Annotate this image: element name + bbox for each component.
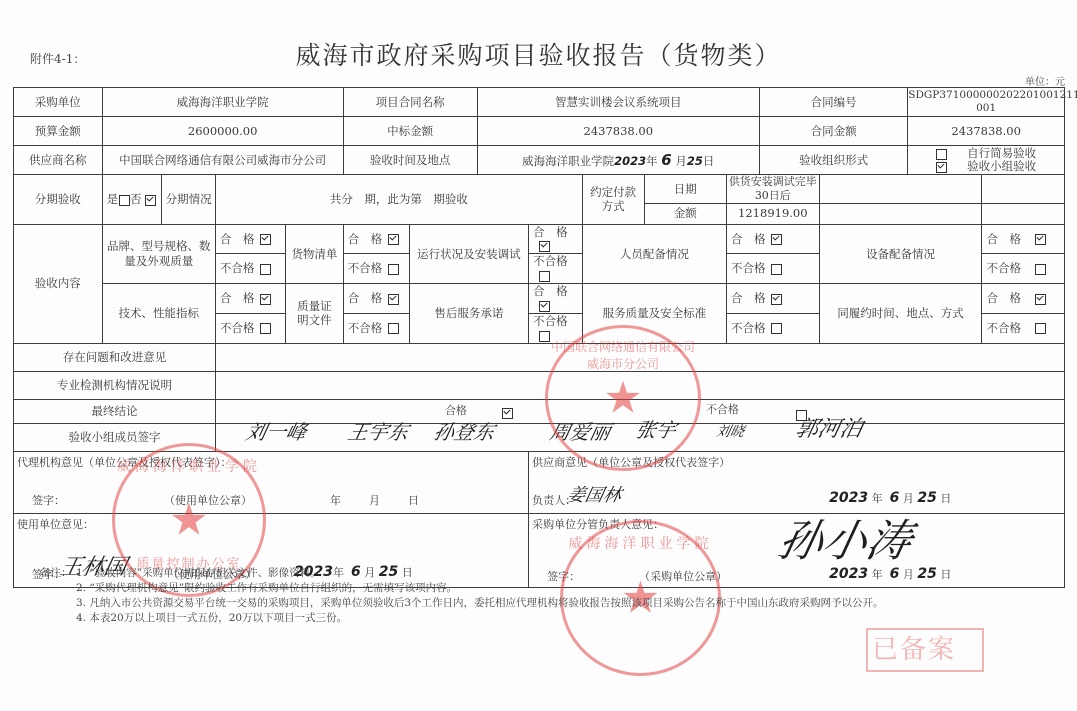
member-signature-0: 刘一峰: [243, 420, 308, 445]
year-char: 年: [646, 154, 658, 168]
payment-amount-value: 1218919.00: [726, 203, 819, 224]
agency-sign-label: 签字：: [32, 494, 65, 508]
time-place-location: 威海海洋职业学院: [522, 154, 614, 168]
payment-extra-2: [982, 175, 1065, 204]
note-item: 2. “采购代理机构意见”限约验收工作有采购单位自行组织的，无需填写该项内容。: [76, 581, 884, 596]
inspection-item-9-fail[interactable]: 不合格: [982, 313, 1065, 343]
member-signature-2: 孙登东: [431, 420, 496, 445]
inspection-item-0-pass[interactable]: 合 格: [215, 224, 285, 254]
day-char: 日: [703, 154, 715, 168]
member-signature-4: 张宇: [633, 418, 678, 443]
inspection-item-3-pass[interactable]: 合 格: [726, 224, 819, 254]
inspection-item-4-fail[interactable]: 不合格: [982, 254, 1065, 284]
leader-opinion-label: 采购单位分管负责人意见：: [532, 518, 664, 532]
checkbox-checked[interactable]: [936, 162, 947, 173]
org-form-option-team[interactable]: 验收小组验收: [908, 160, 1064, 173]
inspection-item-6-pass[interactable]: 合 格: [343, 284, 409, 314]
inspection-item-1: 货物清单: [286, 224, 344, 284]
inspection-item-4-pass[interactable]: 合 格: [982, 224, 1065, 254]
month-char: 月: [675, 154, 687, 168]
agency-opinion-label: 代理机构意见（单位公章及授权代表签字）：: [17, 456, 232, 470]
payment-extra-4: [982, 203, 1065, 224]
inspection-item-4: 设备配备情况: [819, 224, 982, 284]
notes-label: 备注：: [40, 566, 72, 581]
inspection-item-5-fail[interactable]: 不合格: [215, 313, 285, 343]
installment-no-checkbox[interactable]: [145, 195, 156, 206]
contract-amount-label: 合同金额: [759, 117, 907, 146]
inspection-item-3: 人员配备情况: [582, 224, 726, 284]
bid-amount-value: 2437838.00: [477, 117, 759, 146]
inspection-item-6-fail[interactable]: 不合格: [343, 313, 409, 343]
installment-label: 分期验收: [14, 175, 103, 225]
budget-label: 预算金额: [14, 117, 103, 146]
inspection-label: 验收内容: [14, 224, 103, 343]
checkbox[interactable]: [936, 149, 947, 160]
inspection-item-9: 同履约时间、地点、方式: [819, 284, 982, 344]
conclusion-fail-label: 不合格: [706, 403, 739, 417]
member-signature-6: 郭河泊: [793, 416, 865, 444]
project-name-value: 智慧实训楼会议系统项目: [477, 88, 759, 117]
note-item: 3. 凡纳入市公共资源交易平台统一交易的采购项目，采购单位须验收后3个工作日内，…: [76, 596, 884, 611]
inspection-item-5: 技术、性能指标: [102, 284, 215, 344]
member-signature-1: 王宇东: [345, 420, 410, 445]
installment-yes-no: 是否: [102, 175, 162, 225]
testing-label: 专业检测机构情况说明: [14, 371, 216, 399]
contract-no-value: SDGP371000000202201001211A 001: [908, 88, 1065, 117]
time-place-label: 验收时间及地点: [343, 146, 477, 175]
supplier-value: 中国联合网络通信有限公司威海市分公司: [102, 146, 343, 175]
payment-method-label: 约定付款方式: [582, 175, 644, 225]
acceptance-report-table: 采购单位 威海海洋职业学院 项目合同名称 智慧实训楼会议系统项目 合同编号 SD…: [13, 87, 1065, 588]
time-place-value: 威海海洋职业学院2023年 6 月25日: [477, 146, 759, 175]
inspection-item-0: 品牌、型号规格、数量及外观质量: [102, 224, 215, 284]
inspection-item-9-pass[interactable]: 合 格: [982, 284, 1065, 314]
agency-opinion-cell: 代理机构意见（单位公章及授权代表签字）： 签字： （使用单位公章） 年月日: [14, 451, 529, 513]
issues-value[interactable]: [215, 343, 1064, 371]
currency-unit: 单位：元: [1025, 73, 1065, 88]
installment-situation-label: 分期情况: [162, 175, 216, 225]
payment-date-value: 供货安装调试完毕30日后: [726, 175, 819, 204]
inspection-item-5-pass[interactable]: 合 格: [215, 284, 285, 314]
inspection-item-7-fail[interactable]: 不合格: [529, 313, 583, 343]
supplier-opinion-label: 供应商意见（单位公章及授权代表签字）: [532, 456, 730, 470]
user-unit-opinion-label: 使用单位意见：: [17, 518, 94, 532]
supplier-opinion-cell: 供应商意见（单位公章及授权代表签字） 负责人： 姜国林 2023 年 6 月 2…: [529, 451, 1065, 513]
conclusion-pass-label: 合格: [445, 404, 467, 418]
inspection-item-7-pass[interactable]: 合 格: [529, 284, 583, 314]
testing-value[interactable]: [215, 371, 1064, 399]
org-form-options: 自行简易验收 验收小组验收: [908, 146, 1065, 175]
inspection-item-8: 服务质量及安全标准: [582, 284, 726, 344]
payment-extra-1: [819, 175, 982, 204]
time-place-year: 2023: [614, 154, 646, 168]
time-place-month: 6: [661, 151, 671, 169]
payment-extra-3: [819, 203, 982, 224]
inspection-item-0-fail[interactable]: 不合格: [215, 254, 285, 284]
inspection-item-2: 运行状况及安装调试: [409, 224, 529, 284]
note-item: 1. “验收内容”采购单位需保存相关文件、影像资料。: [76, 566, 884, 581]
purchaser-value: 威海海洋职业学院: [102, 88, 343, 117]
time-place-day: 25: [687, 154, 703, 168]
issues-label: 存在问题和改进意见: [14, 343, 216, 371]
contract-amount-value: 2437838.00: [908, 117, 1065, 146]
inspection-item-7: 售后服务承诺: [409, 284, 529, 344]
supplier-date: 2023 年 6 月 25 日: [829, 490, 951, 508]
note-item: 4. 本表20万以上项目一式五份，20万以下项目一式三份。: [76, 611, 884, 626]
inspection-item-2-fail[interactable]: 不合格: [529, 254, 583, 284]
payment-date-label: 日期: [644, 175, 726, 204]
members-signatures: 刘一峰 王宇东 孙登东 周爱丽 张宇 刘晓 郭河泊: [215, 423, 1064, 451]
supplier-label: 供应商名称: [14, 146, 103, 175]
page-title: 威海市政府采购项目验收报告（货物类）: [0, 36, 1077, 72]
filed-stamp: 已备案: [866, 628, 984, 672]
installment-situation-value: 共分 期，此为第 期验收: [215, 175, 582, 225]
inspection-item-8-fail[interactable]: 不合格: [726, 313, 819, 343]
contract-no-label: 合同编号: [759, 88, 907, 117]
inspection-item-1-fail[interactable]: 不合格: [343, 254, 409, 284]
members-label: 验收小组成员签字: [14, 423, 216, 451]
inspection-item-3-fail[interactable]: 不合格: [726, 254, 819, 284]
installment-yes-checkbox[interactable]: [119, 195, 130, 206]
leader-signature: 孙小涛: [773, 514, 917, 569]
member-signature-5: 刘晓: [714, 424, 746, 442]
member-signature-3: 周爱丽: [547, 420, 612, 445]
agency-date: 年月日: [330, 494, 419, 508]
inspection-item-8-pass[interactable]: 合 格: [726, 284, 819, 314]
purchaser-label: 采购单位: [14, 88, 103, 117]
supplier-responsible-signature: 姜国林: [565, 485, 624, 508]
bid-amount-label: 中标金额: [343, 117, 477, 146]
inspection-item-1-pass[interactable]: 合 格: [343, 224, 409, 254]
project-name-label: 项目合同名称: [343, 88, 477, 117]
inspection-item-6: 质量证明文件: [286, 284, 344, 344]
budget-value: 2600000.00: [102, 117, 343, 146]
org-form-label: 验收组织形式: [759, 146, 907, 175]
agency-seal-label: （使用单位公章）: [164, 494, 252, 508]
notes: 备注： 1. “验收内容”采购单位需保存相关文件、影像资料。 2. “采购代理机…: [40, 566, 884, 626]
inspection-item-2-pass[interactable]: 合 格: [529, 224, 583, 254]
conclusion-label: 最终结论: [14, 399, 216, 423]
conclusion-pass-checkbox[interactable]: [502, 408, 513, 419]
payment-amount-label: 金额: [644, 203, 726, 224]
